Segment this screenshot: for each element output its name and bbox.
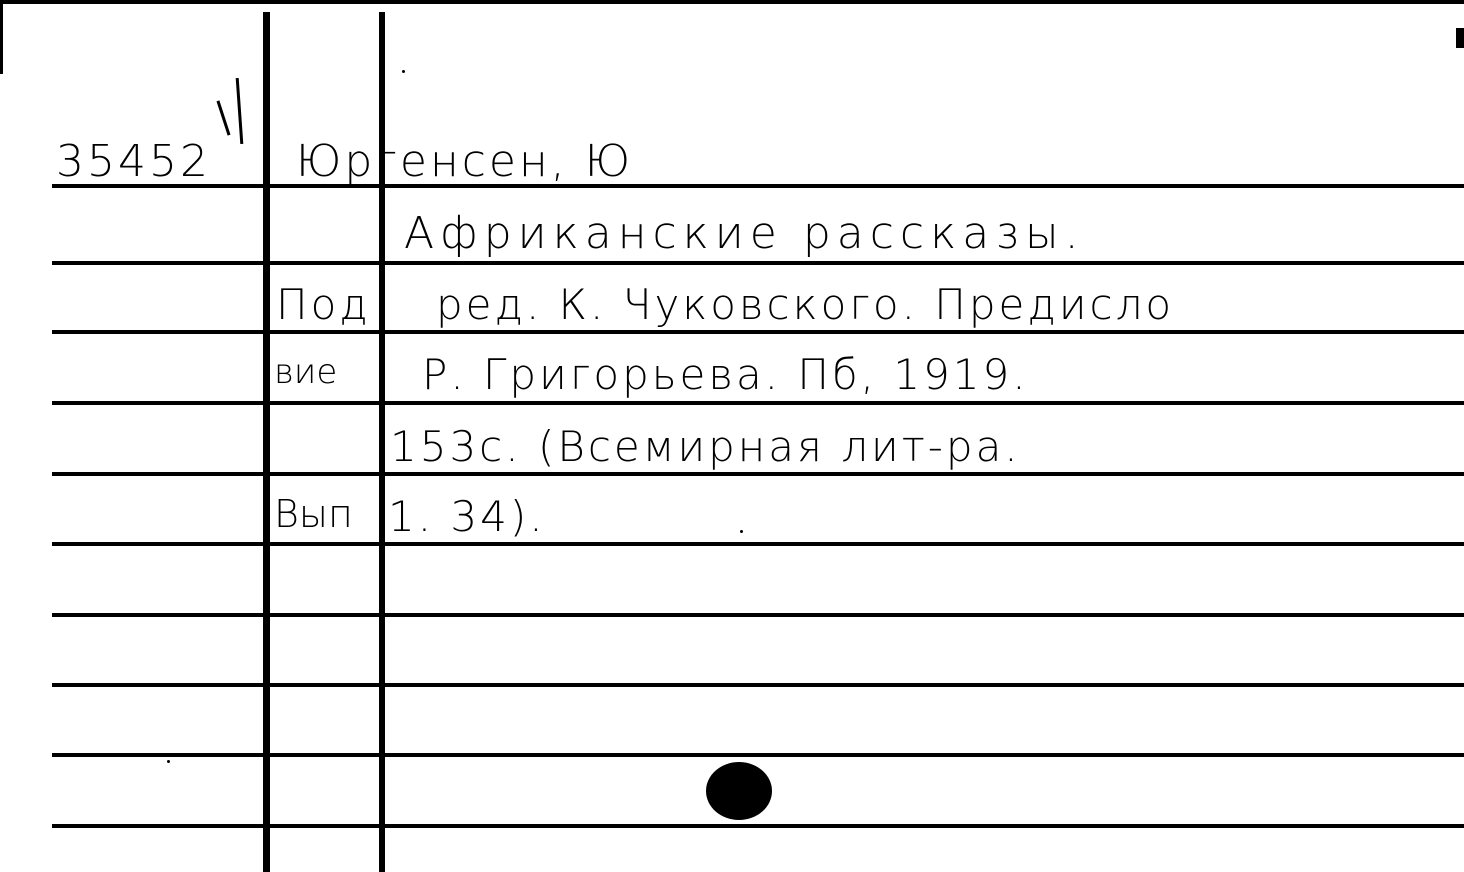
speck: [167, 760, 170, 763]
editor-line: ред. К. Чуковского. Предисло: [436, 280, 1174, 329]
card-left-edge: [0, 0, 3, 74]
series-number: 1. 34).: [388, 492, 546, 541]
author-heading: Юргенсен, Ю: [296, 136, 633, 187]
call-number: 35452: [56, 136, 211, 187]
series-prefix: Вып: [274, 492, 353, 536]
check-mark: [236, 78, 244, 144]
catalog-card: 35452 Юргенсен, Ю Африканские рассказы. …: [0, 0, 1464, 872]
preface-line: Р. Григорьева. Пб, 1919.: [422, 350, 1029, 399]
speck: [740, 530, 743, 533]
margin-rule-left: [263, 12, 270, 872]
edge-mark: [1456, 28, 1464, 48]
card-punch-hole: [706, 762, 772, 820]
card-top-edge: [0, 0, 1464, 4]
check-mark: [217, 100, 231, 135]
preface-prefix: вие: [274, 352, 337, 392]
book-title: Африканские рассказы.: [404, 208, 1085, 259]
pages-series-line: 153с. (Всемирная лит-ра.: [390, 422, 1021, 471]
editor-prefix: Под: [276, 280, 371, 329]
speck: [402, 70, 405, 73]
